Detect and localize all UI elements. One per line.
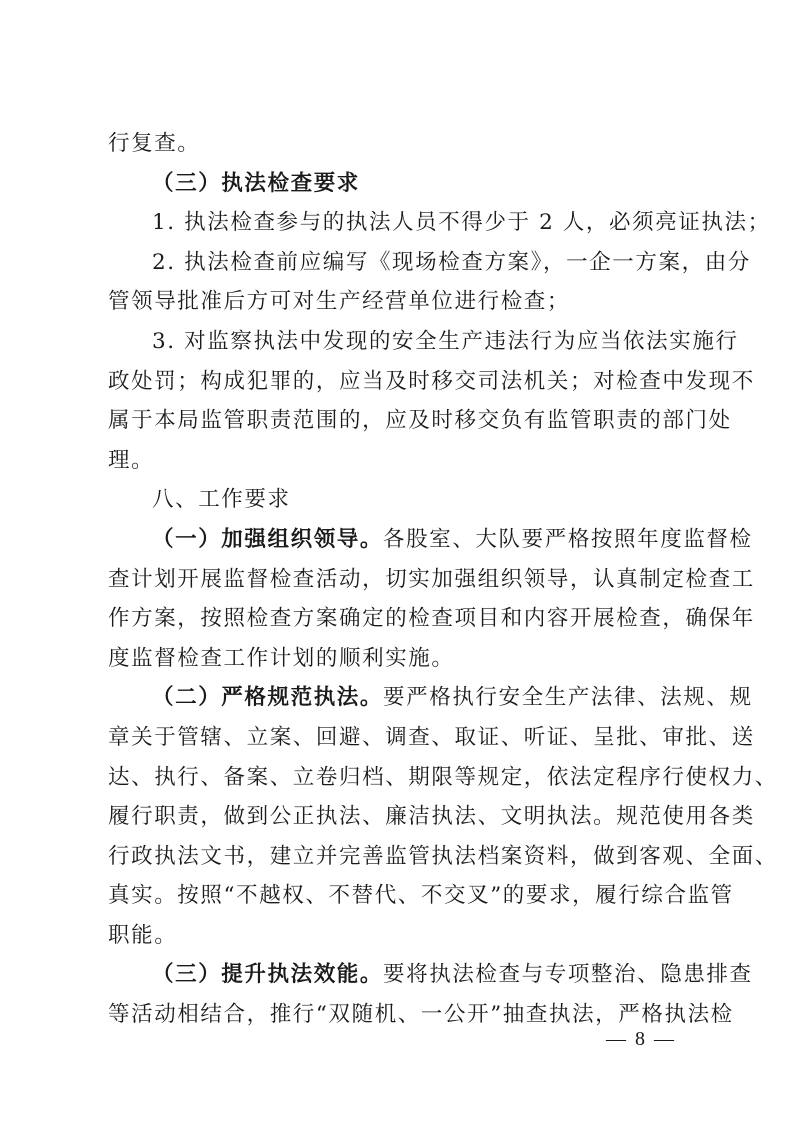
section-heading: 八、工作要求: [108, 480, 690, 520]
paragraph-line: 度监督检查工作计划的顺利实施。: [108, 639, 690, 679]
list-item: 2. 执法检查前应编写《现场检查方案》，一企一方案，由分: [108, 243, 690, 283]
bold-lead: （二）严格规范执法。: [152, 685, 383, 710]
document-page: 行复查。 （三）执法检查要求 1. 执法检查参与的执法人员不得少于 2 人，必须…: [108, 124, 690, 1035]
list-item: 1. 执法检查参与的执法人员不得少于 2 人，必须亮证执法；: [108, 203, 690, 243]
list-item: 3. 对监察执法中发现的安全生产违法行为应当依法实施行: [108, 322, 690, 362]
line-text: 行复查。: [108, 131, 200, 156]
line-text: 要严格执行安全生产法律、法规、规: [383, 685, 753, 710]
section-heading: （三）执法检查要求: [108, 164, 690, 204]
paragraph-line: 行复查。: [108, 124, 690, 164]
paragraph-line: 查计划开展监督检查活动，切实加强组织领导，认真制定检查工: [108, 560, 690, 600]
paragraph-line: 行政执法文书，建立并完善监管执法档案资料，做到客观、全面、: [108, 837, 690, 877]
line-text: 管领导批准后方可对生产经营单位进行检查；: [108, 289, 570, 314]
paragraph-line: 理。: [108, 441, 690, 481]
line-text: 要将执法检查与专项整治、隐患排查: [383, 962, 753, 987]
bold-lead: （一）加强组织领导。: [152, 527, 383, 552]
paragraph-line: 政处罚；构成犯罪的，应当及时移交司法机关；对检查中发现不: [108, 362, 690, 402]
paragraph-line: （一）加强组织领导。各股室、大队要严格按照年度监督检: [108, 520, 690, 560]
paragraph-line: （二）严格规范执法。要严格执行安全生产法律、法规、规: [108, 678, 690, 718]
line-text: 作方案，按照检查方案确定的检查项目和内容开展检查，确保年: [108, 606, 755, 631]
subheading-text: （三）执法检查要求: [152, 171, 360, 196]
line-text: 2. 执法检查前应编写《现场检查方案》，一企一方案，由分: [152, 250, 751, 275]
line-text: 等活动相结合，推行“双随机、一公开”抽查执法，严格执法检: [108, 1002, 734, 1027]
paragraph-line: 管领导批准后方可对生产经营单位进行检查；: [108, 282, 690, 322]
paragraph-line: （三）提升执法效能。要将执法检查与专项整治、隐患排查: [108, 955, 690, 995]
line-text: 1. 执法检查参与的执法人员不得少于 2 人，必须亮证执法；: [152, 210, 771, 235]
line-text: 职能。: [108, 923, 177, 948]
line-text: 达、执行、备案、立卷归档、期限等规定，依法定程序行使权力、: [108, 765, 778, 790]
paragraph-line: 属于本局监管职责范围的，应及时移交负有监管职责的部门处: [108, 401, 690, 441]
line-text: 章关于管辖、立案、回避、调查、取证、听证、呈批、审批、送: [108, 725, 755, 750]
line-text: 度监督检查工作计划的顺利实施。: [108, 646, 455, 671]
line-text: 理。: [108, 448, 154, 473]
line-text: 属于本局监管职责范围的，应及时移交负有监管职责的部门处: [108, 408, 732, 433]
line-text: 政处罚；构成犯罪的，应当及时移交司法机关；对检查中发现不: [108, 369, 755, 394]
heading-text: 八、工作要求: [152, 487, 291, 512]
line-text: 真实。按照“不越权、不替代、不交叉”的要求，履行综合监管: [108, 883, 734, 908]
line-text: 履行职责，做到公正执法、廉洁执法、文明执法。规范使用各类: [108, 804, 755, 829]
bold-lead: （三）提升执法效能。: [152, 962, 383, 987]
paragraph-line: 章关于管辖、立案、回避、调查、取证、听证、呈批、审批、送: [108, 718, 690, 758]
line-text: 行政执法文书，建立并完善监管执法档案资料，做到客观、全面、: [108, 844, 778, 869]
line-text: 查计划开展监督检查活动，切实加强组织领导，认真制定检查工: [108, 567, 755, 592]
paragraph-line: 等活动相结合，推行“双随机、一公开”抽查执法，严格执法检: [108, 995, 690, 1035]
paragraph-line: 达、执行、备案、立卷归档、期限等规定，依法定程序行使权力、: [108, 758, 690, 798]
line-text: 各股室、大队要严格按照年度监督检: [383, 527, 753, 552]
paragraph-line: 作方案，按照检查方案确定的检查项目和内容开展检查，确保年: [108, 599, 690, 639]
paragraph-line: 职能。: [108, 916, 690, 956]
page-number: — 8 —: [606, 1028, 676, 1051]
line-text: 3. 对监察执法中发现的安全生产违法行为应当依法实施行: [152, 329, 739, 354]
paragraph-line: 履行职责，做到公正执法、廉洁执法、文明执法。规范使用各类: [108, 797, 690, 837]
paragraph-line: 真实。按照“不越权、不替代、不交叉”的要求，履行综合监管: [108, 876, 690, 916]
